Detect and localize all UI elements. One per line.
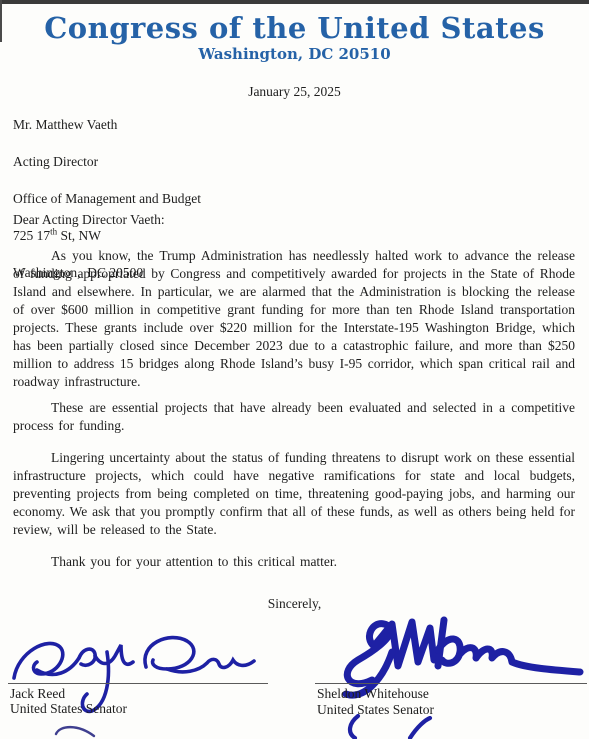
signer-title-whitehouse: United States Senator (317, 702, 434, 718)
recipient-title: Acting Director (13, 154, 98, 169)
paragraph-essential-projects: These are essential projects that have a… (13, 399, 575, 435)
letterhead-org-name: Congress of the United States (0, 11, 589, 45)
recipient-name: Mr. Matthew Vaeth (13, 117, 117, 132)
letter-page: Congress of the United States Washington… (0, 0, 589, 739)
scan-edge-top (0, 0, 589, 4)
partial-signature-stroke-left (52, 722, 98, 739)
closing-signoff: Sincerely, (0, 596, 589, 612)
signer-name-whitehouse: Sheldon Whitehouse (317, 686, 429, 702)
salutation: Dear Acting Director Vaeth: (13, 212, 165, 228)
paragraph-lingering-uncertainty: Lingering uncertainty about the status o… (13, 449, 575, 539)
recipient-street: 725 17th St, NW (13, 228, 101, 243)
letter-date: January 25, 2025 (0, 84, 589, 100)
partial-signature-stroke-right (406, 716, 434, 739)
letterhead-city: Washington, DC 20510 (0, 45, 589, 63)
signer-title-reed: United States Senator (10, 701, 127, 717)
signature-line-whitehouse (315, 683, 587, 684)
recipient-org: Office of Management and Budget (13, 191, 201, 206)
paragraph-thank-you: Thank you for your attention to this cri… (13, 553, 575, 571)
paragraph-funding-halt: As you know, the Trump Administration ha… (13, 247, 575, 391)
signer-name-reed: Jack Reed (10, 686, 65, 702)
signature-line-reed (8, 683, 268, 684)
